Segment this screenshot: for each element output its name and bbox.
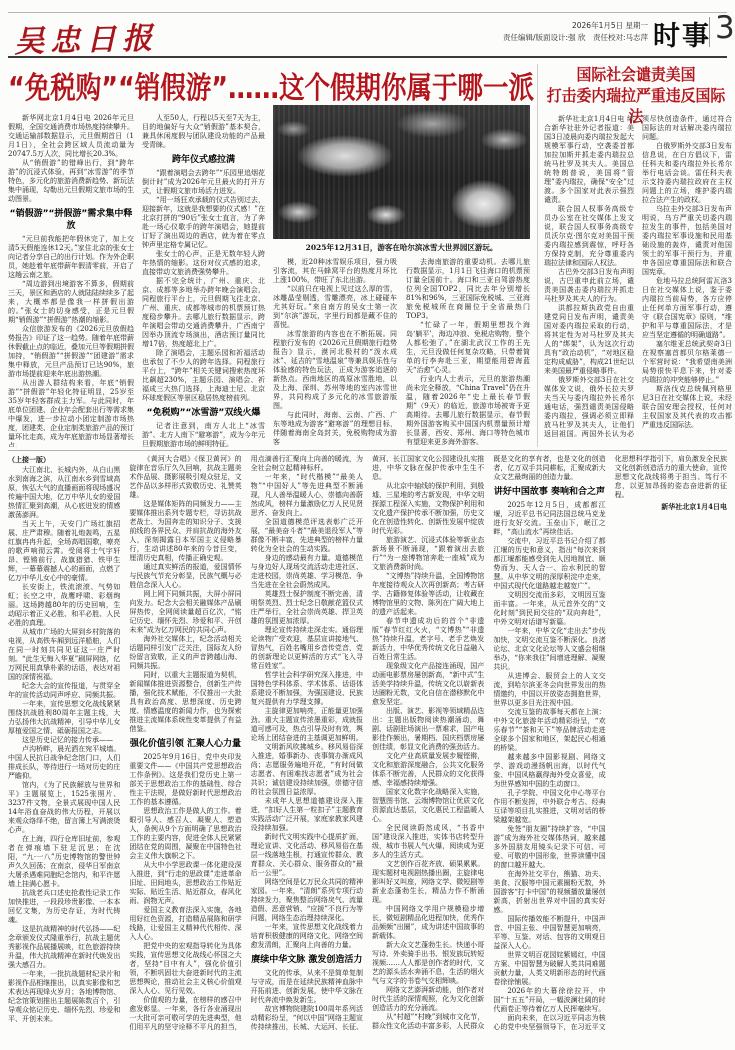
body-paragraph: 一年来，“时代楷模”“最美人物”“中国好人”等先进典型不断涌现，凡人善举温暖人心… (251, 473, 363, 518)
body-paragraph: 这是历史记忆的接力传承—— (8, 736, 120, 745)
lead-column-1: 新华网北京1月4日电 2026年元旦假期，全国交通消费市场热度持续攀升。交通运输… (8, 114, 134, 447)
body-paragraph: 交流互鉴的故事每天都在上演：中外文化旅游年活动精彩纷呈，“欢乐春节”“茶和天下”… (493, 708, 605, 753)
body-paragraph: 主旋律更加响亮，正能量更加强劲。重大主题宣传浓墨重彩，成就报道可感可及，热点引导… (251, 707, 363, 743)
column-subhead: 跨年仪式感拉满 (142, 154, 265, 166)
column-subhead: 赓续中华文脉 激发创造活力 (251, 954, 363, 966)
body-paragraph: 与此同时，海南、云南、广西、广东等地成为游客“避寒游”的理想目标，伴随着海南全岛… (273, 411, 397, 447)
body-paragraph: 去海南旅游的重要动机。去哪儿旅行数据显示，1月1日飞往海口的机票预订量全国前十。… (406, 258, 530, 321)
body-paragraph: 网络空间是亿万民众共同的精神家园。一年来，“清朗”系列专项行动持续发力，聚焦整治… (251, 878, 363, 923)
body-paragraph: 从进博会、服贸会上的人文交流，到哈尔滨亚冬会向世界发出的热情邀约，中国以开放姿态… (493, 672, 605, 708)
body-paragraph: 新华社北京1月4日电 综合新华社驻外记者报道：美国3日凌晨向委内瑞拉发起大规模军… (544, 115, 634, 205)
body-paragraph: 爱国主义教育法深入实施，各地用好红色资源，打造精品展陈和研学线路，让爱国主义精神… (129, 906, 241, 942)
body-paragraph: “元旦前我能把年假休完了，加上交清5天假能连休12天。”家住北京的张女士向记者分… (8, 235, 134, 280)
body-paragraph: 新华网北京1月4日电 2026年元旦假期，全国交通消费市场热度持续攀升。交通运输… (8, 114, 134, 159)
body-paragraph: 通过真实鲜活的报道，爱国情怀与民族气节充分彰显，民族气概与必胜信念深入人心。 (129, 563, 241, 590)
body-paragraph: 据不完全统计，广州、重庆、北京、成都等多地举办跨年晚会演唱会，同程旅行平台上，元… (142, 277, 265, 349)
section-title: 时事 (653, 14, 711, 53)
body-paragraph: 在上海，四行仓库旧址前，参观者在弹痕墙下驻足沉思；在沈阳，“九·一八”历史博物馆… (8, 835, 120, 889)
lead-column-2: 人至50人，行程以5天至7天为主，目的地偏好与大众“销假游”基本契合，兼具休闲度… (142, 114, 265, 447)
column-rule (537, 64, 538, 447)
body-paragraph: 世界文明百花园姹紫嫣红，中国方案、中国智慧为破解人类共同难题贡献力量，人类文明新… (493, 951, 605, 987)
body-paragraph: 交流中，习近平总书记介绍了都江堰的历史和意义，指出“每次来到都江堰都能感受到先人… (493, 537, 605, 591)
body-paragraph: “忙碌了一年，假期里想找个海岛‘躺平’，海边冲浪、免税店购物，整个人都松弛了。”… (406, 321, 530, 375)
body-paragraph: “周边游到出境游客不算多，假期前三天，景区和酒店的人就陆陆续续多了起来，大概率都… (8, 280, 134, 325)
body-paragraph: 旅游演艺、沉浸式体验等新业态新场景不断涌现，“跟着演出去旅行”“为一座博物馆奔赴… (372, 536, 484, 572)
body-paragraph: 一年来，中华文化“走出去”步伐加快，文明交流互鉴不断深化。良渚论坛、北京文化论坛… (493, 627, 605, 672)
body-paragraph: 全国道德模范评选表彰广泛开展，“最美奋斗者”“最美退役军人”等群像不断丰富，先进… (251, 518, 363, 554)
body-paragraph: 海外社交媒体上，纪念活动相关话题同样引发广泛关注，国际友人纷纷留言致敬，正义的声… (129, 635, 241, 671)
body-paragraph: 哲学社会科学研究深入推进，中国特色学科体系、学术体系、话语体系建设不断加强，为强… (251, 671, 363, 707)
column-subhead: 强化价值引领 汇聚人心力量 (129, 738, 241, 750)
body-paragraph: 网上网下同频共振，大屏小屏同向发力。纪念大会相关融媒体产品刷屏热传，全网阅读量超… (129, 590, 241, 635)
body-paragraph: 新大众文艺蓬勃生长。快递小哥写诗、外卖骑手出书、银发族玩转短视频……人人都是创作… (372, 941, 484, 986)
body-paragraph: 网络文艺澎湃新动能，创作者对时代生活的深情观照，化为文化创新创造活力的充分涌流。 (372, 986, 484, 1013)
body-paragraph: 春节申遗成功后的首个“非遗版”春节红红火火，“文博热”“非遗热”持续升温，老字号… (372, 617, 484, 662)
body-paragraph: 乌拉圭外交部3日发布声明说，乌方严重关切委内瑞拉发生的事件，包括美国对委内瑞拉军… (642, 205, 732, 277)
body-paragraph: 危地马拉总统阿雷瓦洛3日在社交媒体上说，鉴于委内瑞拉当前局势，各方应停止任何单方… (642, 277, 732, 340)
body-paragraph: 英雄烈士保护制度不断完善，清明祭英烈、烈士纪念日敬献花篮仪式庄严举行，全社会崇尚… (251, 590, 363, 626)
continued-note: （上接一版） (8, 455, 120, 464)
body-paragraph: 文明因交流而多彩，文明因互鉴而丰富。一年来，从元首外交的“文化时刻”到民间交往的… (493, 591, 605, 627)
column-subhead: 讲好中国故事 奏响和合之声 (493, 486, 605, 498)
lead-column-3: 模，近20种冰雪娱乐项目，强力吸引客流，其在马蜂窝平台的热度月环比上涨100%，… (273, 258, 397, 447)
body-paragraph: 文艺创作百花齐放、硕果累累。现实题材电视剧热播出圈，主旋律电影叫好又叫座，网络文… (372, 860, 484, 905)
edition-meta: 2026年1月5日 星期一 责任编辑/版面设计:强 欣 责任校对:马志萍 (400, 20, 648, 44)
body-paragraph: “文博热”持续升温，全国博物馆年度接待观众人次再创新高；考古研学、古籍修复体验等… (372, 572, 484, 617)
right-story-text: 新华社北京1月4日电 综合新华社驻外记者报道：美国3日凌晨向委内瑞拉发起大规模军… (544, 115, 732, 447)
body-paragraph: 当天上午，天安门广场红旗招展、庄严肃穆。随着礼炮轰鸣，五星红旗冉冉升起，全场高唱… (8, 520, 120, 583)
lead-column-4: 去海南旅游的重要动机。去哪儿旅行数据显示，1月1日飞往海口的机票预订量全国前十。… (406, 258, 530, 447)
body-paragraph: 众信旅游发布的《2026元旦放假趋势报告》印证了这一趋势。随着年底带薪休假截止点… (8, 325, 134, 379)
body-paragraph: 2026年的大幕徐徐拉开，中国“十五五”开局，一幅波澜壮阔的时代画卷正等待着亿万… (493, 987, 605, 1014)
lead-headline: “免税购”“销假游”……这个假期你属于哪一派 (8, 63, 453, 107)
news-photo (273, 105, 530, 239)
section-divider-rule (8, 450, 727, 451)
body-paragraph: 思想政治工作是做人的工作。着眼引导人、感召人、凝聚人、塑造人，条例从9个方面明确… (129, 807, 241, 861)
column-subhead: “免税购”“冰雪游”双线火爆 (142, 407, 265, 419)
body-paragraph: 塞尔维亚总统武契奇3日在视察塞首都贝尔格莱德一个军营时说：“我希望南美洲局势很快… (642, 340, 732, 385)
body-paragraph: 冰雪旅游的内容也在不断拓展。同程旅行发布的《2026元旦假期旅行趋势报告》显示，… (273, 330, 397, 411)
body-paragraph: 模，近20种冰雪娱乐项目，强力吸引客流，其在马蜂窝平台的热度月环比上涨100%，… (273, 258, 397, 285)
body-paragraph: “以前只在电视上见过这么厚的雪，冰雕晶莹剔透，雪雕漂亮，冰上碰碰车尤其好玩。”来… (273, 285, 397, 330)
body-paragraph: 孔子学院、中国文化中心等平台作用不断发挥，中外联合考古、经典互译等项目扎实推进，… (493, 789, 605, 825)
body-paragraph: 馆内，《为了民族解放与世界和平》主题展览上，1525张照片、3237件文物，全景… (8, 781, 120, 835)
body-paragraph: 从城市广场的大屏到乡村院落的电视，从高铁车厢到远洋船舶，人们在同一时刻共同见证这… (8, 628, 120, 682)
staff-line: 责任编辑/版面设计:强 欣 责任校对:马志萍 (400, 32, 648, 44)
body-paragraph: 文化产业高质量发展步履铿锵，文化和旅游深度融合，公共文化服务体系不断完善，人民群… (372, 752, 484, 788)
body-paragraph: “用一场狂欢承载的仪式告别过去，迎接新年，这就是我想要的仪式感！”在北京打拼的“… (142, 196, 265, 250)
date-line: 2026年1月5日 星期一 (400, 20, 648, 32)
body-paragraph: 抗战老兵口述史抢救性记录工作加快推进，一段段珍贵影像、一本本回忆文集，为历史存证… (8, 889, 120, 925)
body-paragraph: 文明新风吹拂城乡。移风易俗深入推进，婚事新办、丧事简办渐成风尚；志愿服务遍地开花… (251, 743, 363, 797)
body-paragraph: 国家文化数字化战略深入实施，智慧图书馆、云端博物馆让优质文化资源直达基层，文化惠… (372, 788, 484, 824)
bottom-story-text: （上接一版）大江南北、长城内外，从白山黑水到南海之滨，从江南水乡到雪域高原，恢弘… (8, 455, 727, 1037)
body-paragraph: 一年来，一批抗战题材纪录片和影视作品相继推出，以真实影像和艺术表达再现烽火岁月；… (8, 970, 120, 1024)
body-paragraph: 洪都拉斯执政党自由重建党同日发布声明，谴责美国对委内瑞拉采取的行动，将其定性为对… (544, 304, 634, 376)
body-paragraph: 斯洛伐克总统佩列格里尼3日在社交媒体上说，未经联合国安理会授权，任何对主权国家及… (642, 385, 732, 430)
body-paragraph: 从出游人群结构来看，年底“销假游”“拼假游”年轻化特征明显，25岁至35岁年轻客… (8, 379, 134, 447)
body-paragraph: 联合国人权事务高级专员办公室在社交媒体上发文说，联合国人权事务高级专员沃尔克·图… (544, 205, 634, 268)
body-paragraph: 从北京中轴线的保护利用，到殷墟、三星堆的考古新发现，中华文明探源工程深入实施，文… (372, 482, 484, 536)
header-bottom-rule (8, 56, 727, 58)
newspaper-page: 吴忠日报 2026年1月5日 星期一 责任编辑/版面设计:强 欣 责任校对:马志… (0, 0, 735, 1050)
body-paragraph: 全民阅读蔚然成风，“书香中国”建设深入推进，实体书店转型升级，城市书展人气火爆，… (372, 824, 484, 860)
body-paragraph: 人至50人，行程以5天至7天为主，目的地偏好与大众“销假游”基本契合，兼具休闲度… (142, 114, 265, 150)
body-paragraph: 从大中小学思政课一体化建设深入推进，到“行走的思政课”走进革命旧址、田间地头，思… (129, 861, 241, 906)
body-paragraph: 在海外社交平台，熊猫、功夫、美食、汉服等中国元素圈粉无数，外国游客“打卡中国”的… (493, 870, 605, 915)
body-paragraph: 中国网络文学用户规模稳步增长，微短剧精品化进程加快，优秀作品频频“出圈”，成为讲… (372, 905, 484, 941)
page-number: 3 (715, 10, 735, 46)
body-paragraph: 除了演唱会，主题乐园和祈福活动也承包了不少人的跨年选择。同程旅行平台上，“跨年”… (142, 349, 265, 403)
body-paragraph: 《黄河大合唱》《保卫黄河》的旋律在音乐厅久久回响，抗战主题美术作品展、摄影展吸引… (129, 455, 241, 500)
right-story-headline-line1: 国际社会谴责美国 (547, 64, 726, 85)
body-paragraph: 身边的感动最有力量。道德模范与身边好人现场交流活动走进社区、走进校园，崇尚英雄、… (251, 554, 363, 590)
body-paragraph: 2025年12月5日，成都都江堰，习近平总书记同法国总统马克龙进行友好交流。玉垒… (493, 501, 605, 537)
body-paragraph: 长安街上，铁流滚滚、气势如虹；长空之中，战鹰呼啸、彩烟绚丽。这场跨越80年的历史… (8, 583, 120, 628)
body-paragraph: 2025年9月16日，党中央印发重要文件——《中国共产党思想政治工作条例》。这是… (129, 753, 241, 807)
body-paragraph: 白俄罗斯外交部3日发布信息说，在白方倡议下，雷任科夫和委内瑞拉外长希尔举行电话会… (642, 142, 732, 205)
body-paragraph: 这是抗战精神的时代弘扬——纪念章颁发仪式隆重举行，抗战主题优秀影视作品展播展映，… (8, 925, 120, 970)
body-paragraph: 这是媒体矩阵的同频发力——主要媒体推出系列专题专栏，寻访抗战老战士、为国奔走的知… (129, 500, 241, 563)
body-paragraph: 把党中央的宏观指导转化为具体实践，宣传思想文化战线心怀国之大者，坚持“目中有人”… (129, 942, 241, 996)
body-paragraph: 纪念大会的宣传报道，与贯穿全年的宣传活动同声呼应、同频共振。 (8, 682, 120, 700)
body-paragraph: 理论宣传持续走深走实。通俗理论读物广受欢迎，基层宣讲接地气、冒热气，百姓名嘴用乡… (251, 626, 363, 671)
body-paragraph: 从“销假游”的错峰出行，到“跨年游”的沉浸式体验，再到“冰雪游”的季节特色，多元… (8, 159, 134, 204)
body-paragraph: 古巴外交部3日发布声明说，古巴重申此前立场，谴责美国袭击委内瑞拉并抓走马杜罗及其… (544, 268, 634, 304)
body-paragraph: 新时代文明实践中心提质扩面，理论宣讲、文化活动、移风易俗在基层一线落地生根，打通… (251, 833, 363, 878)
body-paragraph: 出版、演艺、影视等领域精品迭出：主题出版物阅读热潮涌动，舞剧、话剧驻场演出一票难… (372, 707, 484, 752)
body-paragraph: 未成年人思想道德建设深入推进，“扣好人生第一粒扣子”主题教育实践活动广泛开展，家… (251, 797, 363, 833)
header-divider (709, 17, 710, 47)
header-top-rule (8, 12, 727, 13)
body-paragraph: 卢沟桥畔，晨光洒在宛平城墙。中国人民抗日战争纪念馆门口，人们排成长队，等待进行一… (8, 745, 120, 781)
column-subhead: “销假游”“拼假游”需求集中释放 (8, 208, 134, 232)
body-paragraph: 一年来，宣传思想文化战线紧紧围绕抗战胜利80周年主题主线，大力弘扬伟大抗战精神，… (8, 700, 120, 736)
body-paragraph: 免签“朋友圈”持续扩容，“中国游”成为海外社交媒体热词，越来越多外国朋友用镜头记… (493, 825, 605, 870)
body-paragraph: 记者注意到，南方人北上“冰雪游”、北方人南下“避寒游”，成为今年元旦假期旅游市场… (142, 422, 265, 447)
body-paragraph: “跟着演唱会去跨年”“乐园里追烟花倒计时”成为2026年元旦最火的打开方式，让假… (142, 169, 265, 196)
body-paragraph: 现象级文化产品接连涌现，国产动画电影票房屡创新高，“新中式”生活美学持续升温，传… (372, 662, 484, 707)
body-paragraph: 大江南北、长城内外，从白山黑水到南海之滨，从江南水乡到雪域高原，恢弘大气的直播画… (8, 466, 120, 520)
body-paragraph: 国际传播效能不断提升，中国声音、中国主张、中国智慧更加响亮，平等、互鉴、对话、包… (493, 915, 605, 951)
body-paragraph: 张女士的心声，正是无数年轻人跨年热情的缩影。这份对仪式感的追求，直接带动文旅消费… (142, 250, 265, 277)
body-paragraph: 同时，以重大主题报道为契机，新闻媒体推进资源整合，创新生产传播，强化技术赋能，不… (129, 671, 241, 734)
body-paragraph: 文化的传承，从来不是简单复制与守成，而是在延续民族精神血脉中开拓前进、创新发展，… (251, 969, 363, 1005)
body-paragraph: 一年来，宣传思想文化战线着力培育积极健康的网络文化，网络空间愈发清朗，汇聚向上向… (251, 923, 363, 950)
body-paragraph: 越来越多中国影视剧、网络文学、游戏动漫扬帆出海，以时代气象、中国风格赢得海外受众… (493, 753, 605, 789)
photo-caption: 2025年12月31日，游客在哈尔滨冰雪大世界园区游玩。 (273, 242, 530, 253)
dateline: 新华社北京1月4日电 (615, 502, 727, 511)
masthead-logo: 吴忠日报 (13, 13, 158, 61)
body-paragraph: 行业内人士表示，元旦的旅游热潮尚未完全释放，“China Travel”仍在升温… (406, 375, 530, 447)
